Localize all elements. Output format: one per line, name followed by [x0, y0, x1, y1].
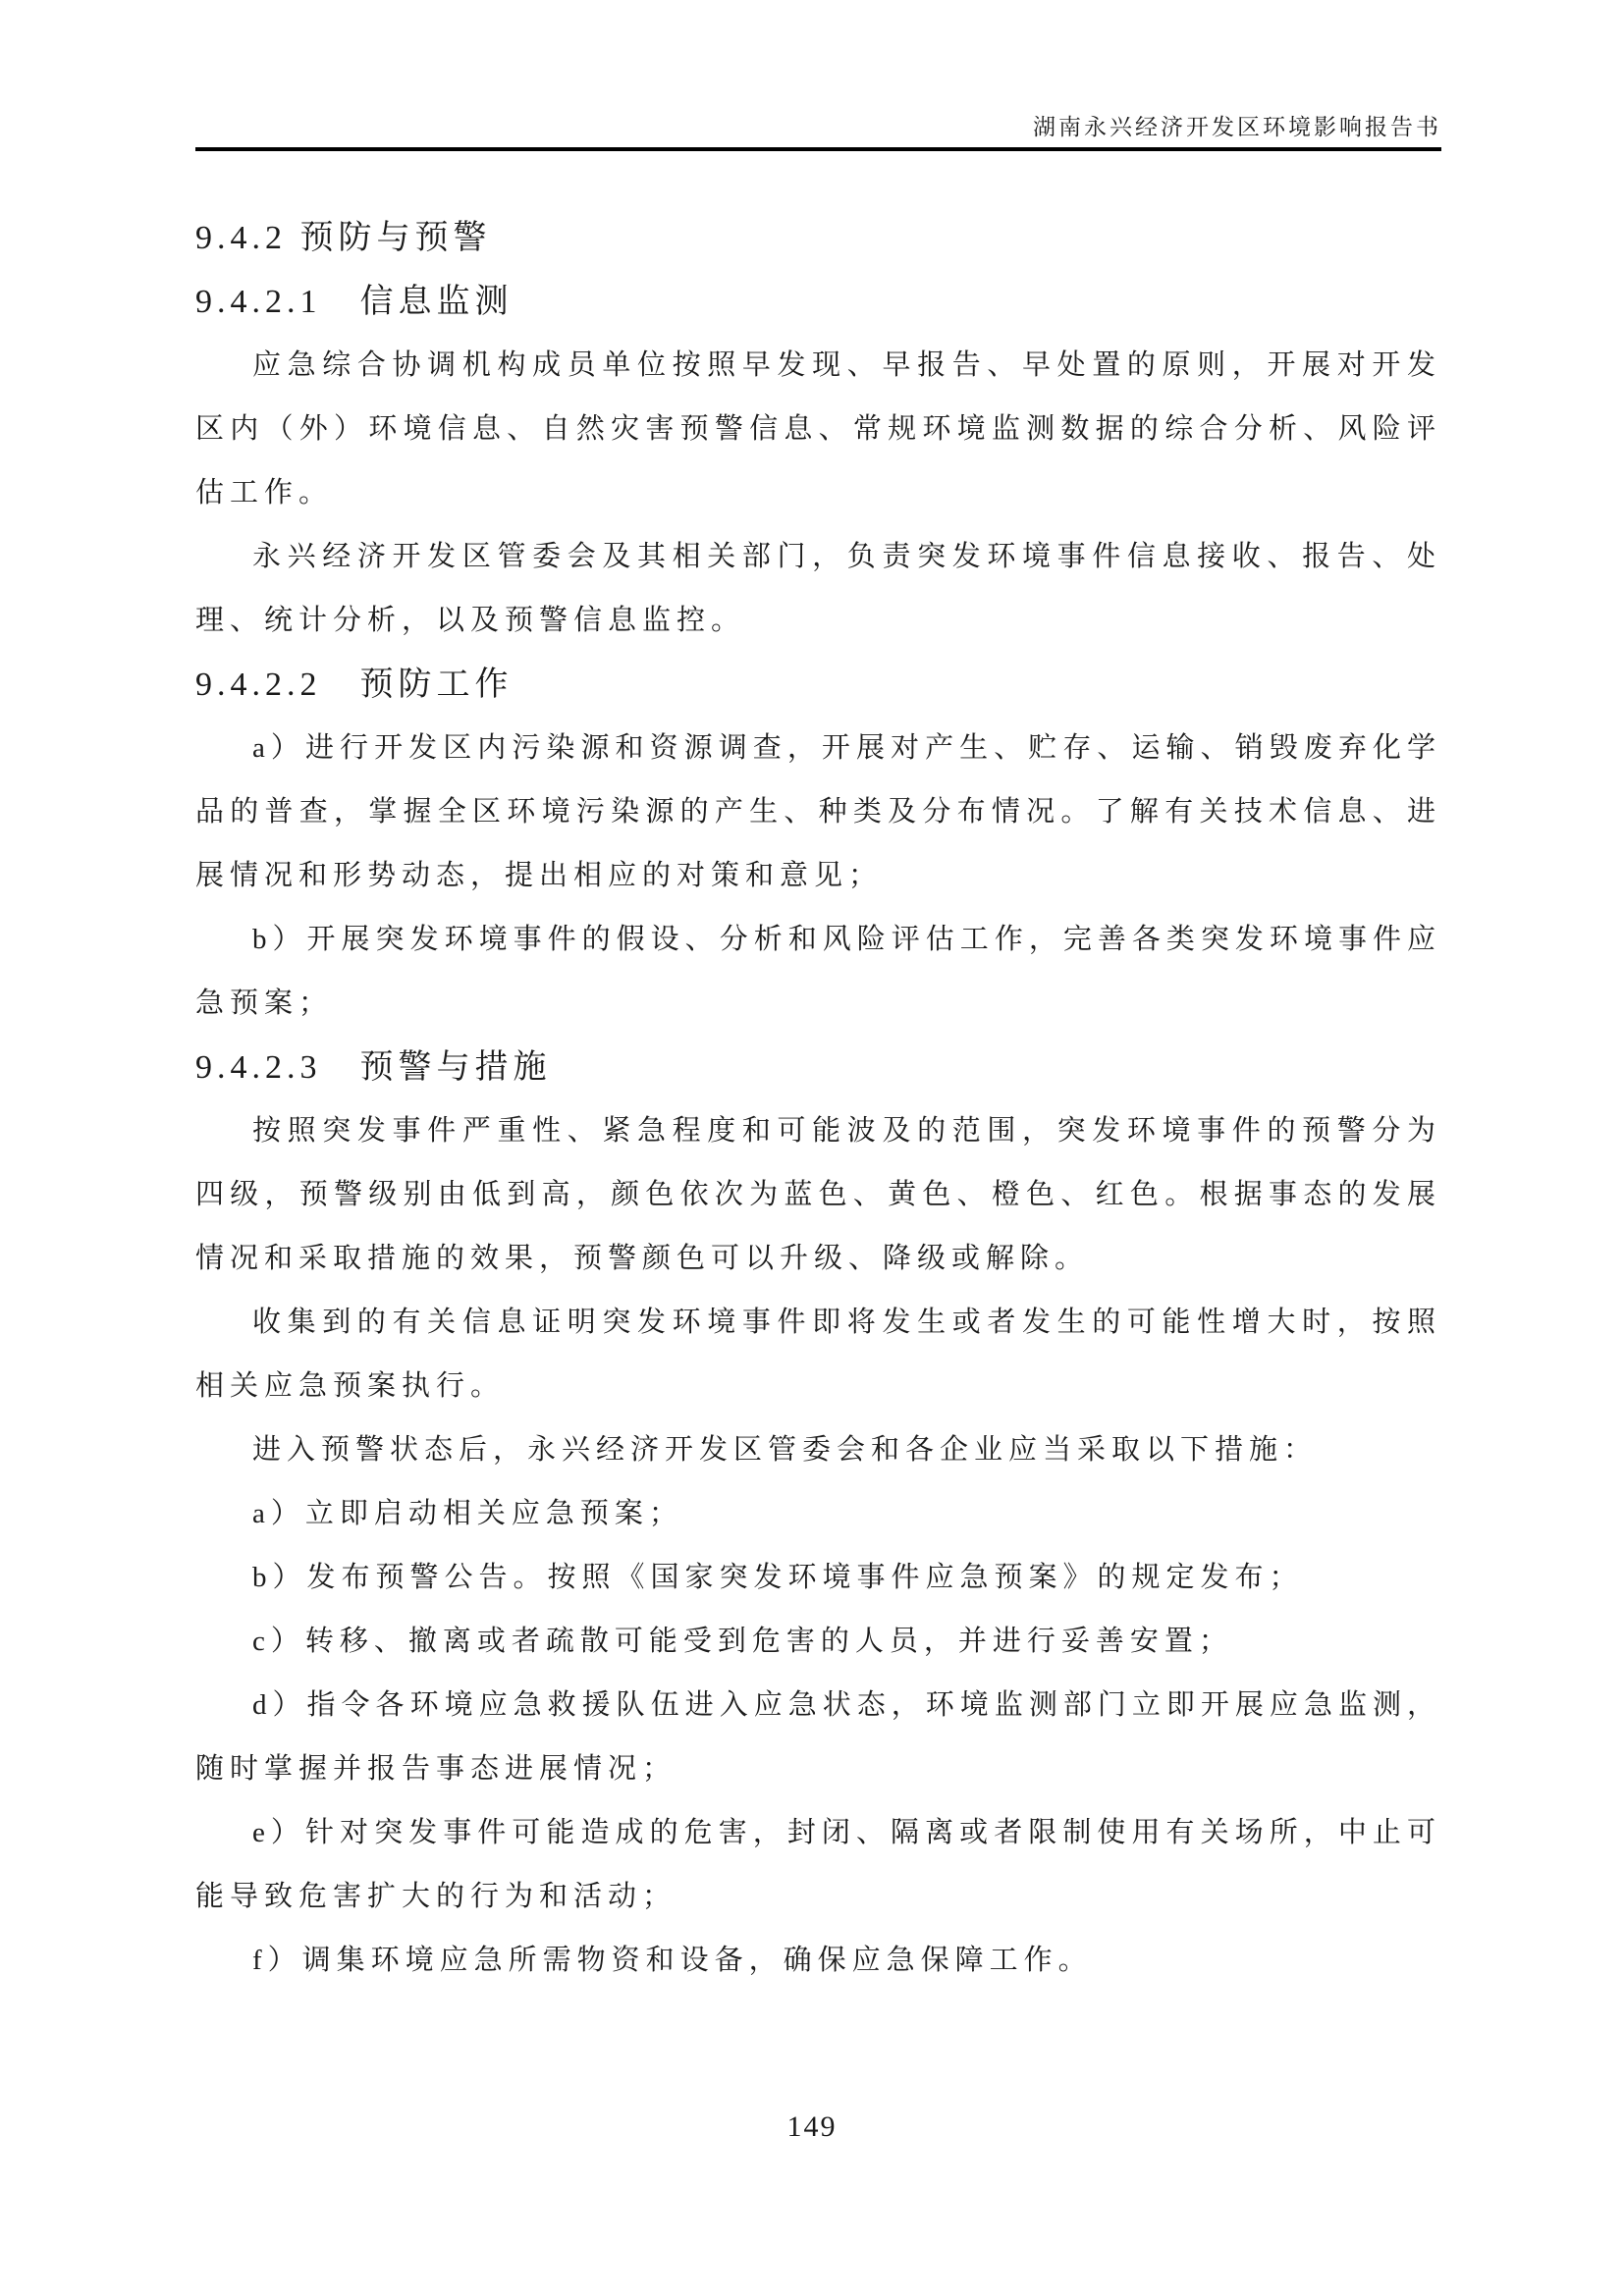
page-header: 湖南永兴经济开发区环境影响报告书	[195, 112, 1441, 151]
section-heading: 9.4.2.3 预警与措施	[195, 1036, 1441, 1099]
paragraph: 进入预警状态后，永兴经济开发区管委会和各企业应当采取以下措施：	[195, 1418, 1441, 1482]
paragraph: e）针对突发事件可能造成的危害，封闭、隔离或者限制使用有关场所，中止可能导致危害…	[195, 1801, 1441, 1929]
header-title: 湖南永兴经济开发区环境影响报告书	[1033, 115, 1441, 139]
page-number: 149	[787, 2110, 838, 2143]
document-page: 湖南永兴经济开发区环境影响报告书 9.4.2 预防与预警9.4.2.1 信息监测…	[0, 0, 1624, 2296]
section-heading: 9.4.2 预防与预警	[195, 206, 1441, 270]
paragraph: c）转移、撤离或者疏散可能受到危害的人员，并进行妥善安置；	[195, 1610, 1441, 1674]
paragraph: 按照突发事件严重性、紧急程度和可能波及的范围，突发环境事件的预警分为四级，预警级…	[195, 1099, 1441, 1291]
paragraph: d）指令各环境应急救援队伍进入应急状态，环境监测部门立即开展应急监测，随时掌握并…	[195, 1674, 1441, 1801]
section-heading: 9.4.2.2 预防工作	[195, 653, 1441, 717]
paragraph: b）发布预警公告。按照《国家突发环境事件应急预案》的规定发布；	[195, 1546, 1441, 1610]
paragraph: f）调集环境应急所需物资和设备，确保应急保障工作。	[195, 1929, 1441, 1993]
paragraph: b）开展突发环境事件的假设、分析和风险评估工作，完善各类突发环境事件应急预案；	[195, 908, 1441, 1036]
paragraph: a）进行开发区内污染源和资源调查，开展对产生、贮存、运输、销毁废弃化学品的普查，…	[195, 717, 1441, 908]
page-footer: 149	[0, 2110, 1624, 2144]
paragraph: 应急综合协调机构成员单位按照早发现、早报告、早处置的原则，开展对开发区内（外）环…	[195, 334, 1441, 525]
document-body: 9.4.2 预防与预警9.4.2.1 信息监测应急综合协调机构成员单位按照早发现…	[195, 206, 1441, 1993]
section-heading: 9.4.2.1 信息监测	[195, 270, 1441, 334]
paragraph: 永兴经济开发区管委会及其相关部门，负责突发环境事件信息接收、报告、处理、统计分析…	[195, 525, 1441, 653]
paragraph: a）立即启动相关应急预案；	[195, 1482, 1441, 1546]
paragraph: 收集到的有关信息证明突发环境事件即将发生或者发生的可能性增大时，按照相关应急预案…	[195, 1291, 1441, 1418]
